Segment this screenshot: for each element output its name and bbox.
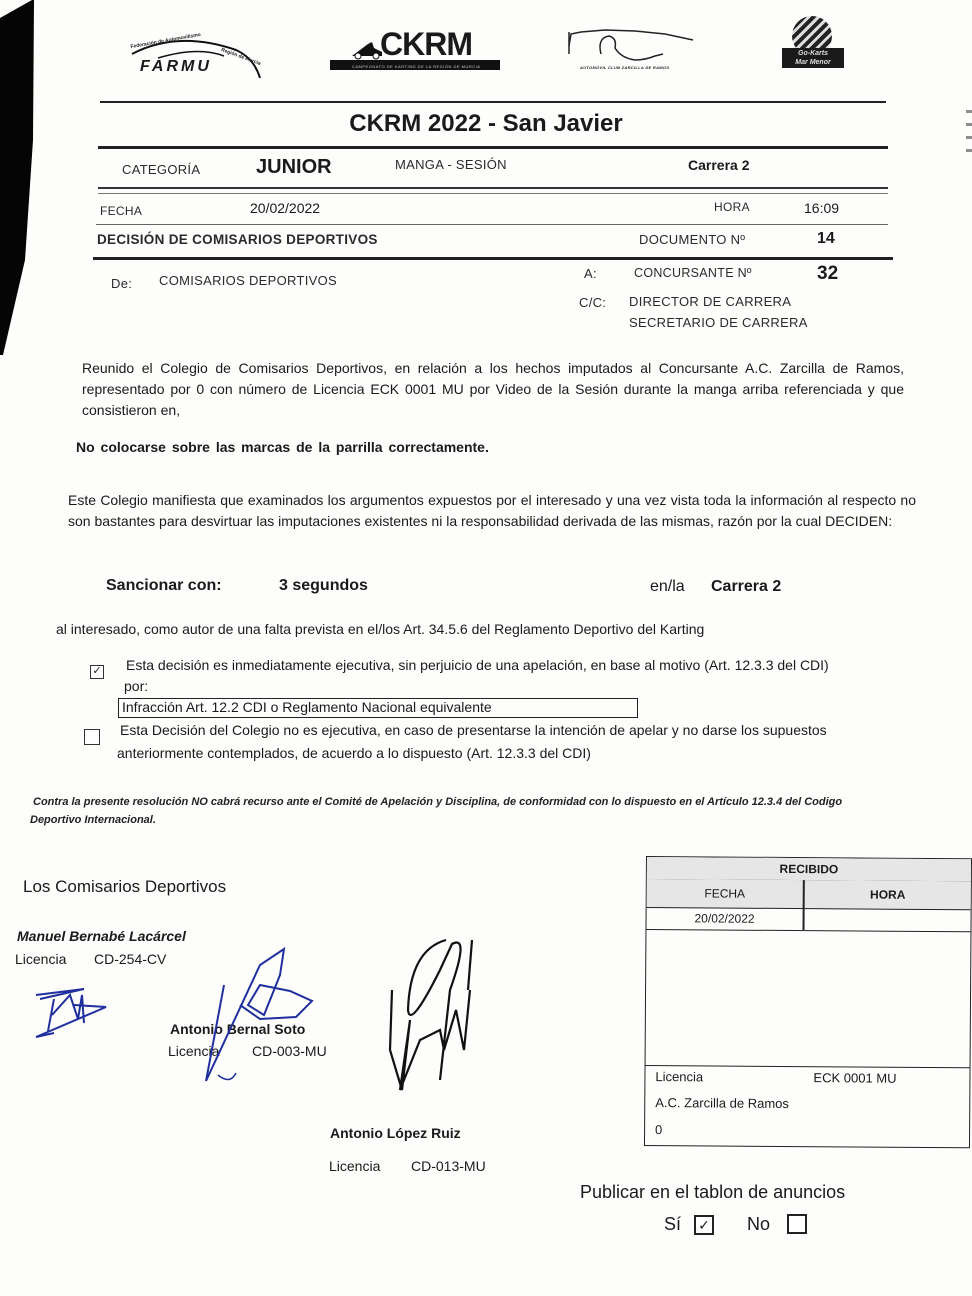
infraction-text: No colocarse sobre las marcas de la parr… (76, 439, 489, 455)
recibido-box: RECIBIDO FECHA HORA 20/02/2022 Licencia … (644, 856, 972, 1148)
option-ejecutiva-checkbox[interactable]: ✓ (90, 665, 104, 679)
recibido-hora-value[interactable] (804, 908, 970, 931)
signer-1-licencia-label: Licencia (15, 951, 66, 967)
club-logo: AUTOMÓVIL CLUB ZARCILLA DE RAMOS (565, 24, 700, 70)
publicar-no-checkbox[interactable] (787, 1214, 807, 1234)
de-label: De: (111, 276, 132, 291)
manga-label: MANGA - SESIÓN (395, 157, 507, 172)
club-caption: AUTOMÓVIL CLUB ZARCILLA DE RAMOS (580, 65, 669, 70)
fecha-label: FECHA (100, 204, 142, 218)
option-no-ejecutiva-text-2: anteriormente contemplados, de acuerdo a… (117, 745, 591, 761)
publicar-si-checkbox[interactable]: ✓ (694, 1215, 714, 1235)
motivo-field[interactable]: Infracción Art. 12.2 CDI o Reglamento Na… (118, 698, 638, 718)
ckrm-name: CKRM (380, 26, 472, 63)
publicar-no-label: No (747, 1214, 770, 1235)
signer-3-licencia-label: Licencia (329, 1158, 380, 1174)
recibido-concursante: A.C. Zarcilla de Ramos (645, 1095, 969, 1112)
sanction-value: 3 segundos (279, 577, 368, 595)
a-label: A: (584, 266, 597, 281)
cc-director: DIRECTOR DE CARRERA (629, 294, 791, 309)
hora-label: HORA (714, 200, 750, 214)
ckrm-logo: CKRM CAMPEONATO DE KARTING DE LA REGIÓN … (330, 30, 500, 72)
concursante-number: 32 (817, 263, 838, 285)
divider (100, 101, 886, 103)
divider (93, 257, 893, 260)
signer-1-licencia: CD-254-CV (94, 951, 166, 967)
cc-secretario: SECRETARIO DE CARRERA (629, 315, 808, 330)
farmu-name: FARMU (140, 58, 212, 76)
kart-icon (350, 40, 384, 60)
farmu-logo: Federación de Automovilismo Región de Mu… (128, 32, 268, 80)
option-ejecutiva-text: Esta decisión es inmediatamente ejecutiv… (126, 657, 829, 673)
scan-shadow (0, 0, 36, 360)
en-la-value: Carrera 2 (711, 578, 781, 596)
a-value: CONCURSANTE Nº (634, 266, 752, 280)
gokarts-logo: Go-Karts Mar Menor (780, 14, 846, 72)
sanction-label: Sancionar con: (106, 577, 222, 595)
paragraph-decision: Este Colegio manifiesta que examinados l… (68, 490, 916, 532)
option-no-ejecutiva-text-1: Esta Decisión del Colegio no es ejecutiv… (120, 722, 827, 738)
recibido-fecha-label: FECHA (647, 879, 803, 908)
signature-3 (380, 930, 480, 1130)
documento-value: 14 (817, 230, 835, 248)
en-la-label: en/la (650, 578, 685, 596)
ckrm-tagline: CAMPEONATO DE KARTING DE LA REGIÓN DE MU… (352, 64, 480, 69)
de-value: COMISARIOS DEPORTIVOS (159, 273, 337, 288)
categoria-label: CATEGORÍA (122, 162, 200, 177)
paragraph-facts: Reunido el Colegio de Comisarios Deporti… (82, 358, 904, 421)
gokarts-line1: Go-Karts (782, 49, 844, 58)
publicar-si-label: Sí (664, 1214, 681, 1235)
divider (96, 224, 888, 225)
documento-label: DOCUMENTO Nº (639, 232, 745, 247)
signer-3-licencia: CD-013-MU (411, 1158, 486, 1174)
divider (98, 146, 888, 149)
recibido-title: RECIBIDO (647, 857, 971, 881)
decision-label: DECISIÓN DE COMISARIOS DEPORTIVOS (97, 232, 378, 247)
fecha-value: 20/02/2022 (250, 200, 320, 216)
recibido-signature-area[interactable] (646, 929, 971, 1068)
recibido-licencia-label: Licencia (655, 1069, 703, 1084)
publicar-label: Publicar en el tablon de anuncios (580, 1182, 845, 1203)
signatures-heading: Los Comisarios Deportivos (23, 877, 226, 897)
recibido-fecha-value: 20/02/2022 (646, 907, 802, 930)
recibido-licencia-value: ECK 0001 MU (813, 1070, 896, 1086)
signature-2 (200, 945, 330, 1085)
recibido-hora-label: HORA (805, 880, 971, 909)
gokarts-line2: Mar Menor (782, 58, 844, 67)
track-map-icon (565, 24, 700, 64)
article-text: al interesado, como autor de una falta p… (56, 621, 704, 637)
divider (98, 187, 888, 194)
categoria-value: JUNIOR (256, 156, 332, 179)
hora-value: 16:09 (804, 200, 839, 216)
footer-note-line1: Contra la presente resolución NO cabrá r… (33, 793, 842, 811)
por-label: por: (124, 678, 148, 694)
footer-note-line2: Deportivo Internacional. (30, 811, 156, 829)
page-title: CKRM 2022 - San Javier (0, 110, 972, 138)
option-no-ejecutiva-checkbox[interactable] (84, 729, 100, 745)
cc-label: C/C: (579, 295, 606, 310)
manga-value: Carrera 2 (688, 157, 750, 173)
recibido-representante: 0 (645, 1122, 969, 1139)
signer-1-name: Manuel Bernabé Lacárcel (17, 928, 186, 944)
signature-1 (34, 985, 114, 1045)
